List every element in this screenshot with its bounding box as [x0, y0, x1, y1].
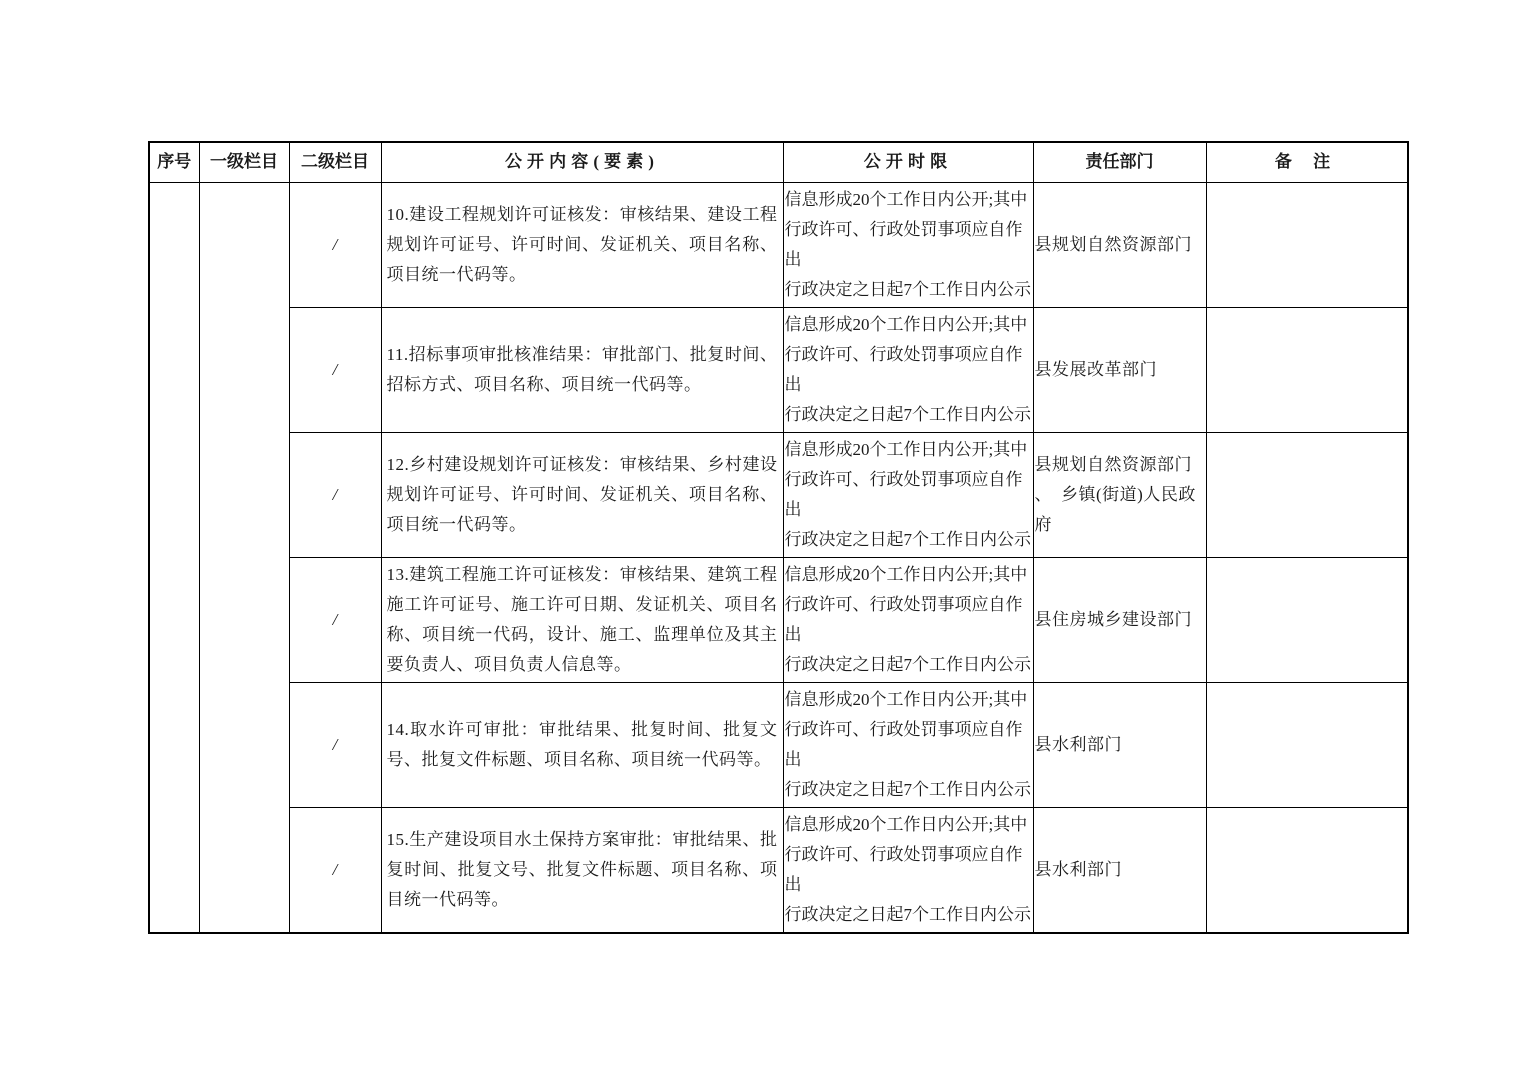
- header-deadline: 公开时限: [783, 142, 1033, 182]
- deadline-cell: 信息形成20个工作日内公开;其中 行政许可、行政处罚事项应自作出 行政决定之日起…: [783, 557, 1033, 682]
- department-cell: 县规划自然资源部门 、 乡镇(街道)人民政府: [1033, 432, 1206, 557]
- department-cell: 县住房城乡建设部门: [1033, 557, 1206, 682]
- remarks-cell: [1206, 557, 1408, 682]
- table-row: / 11.招标事项审批核准结果：审批部门、批复时间、招标方式、项目名称、项目统一…: [149, 307, 1408, 432]
- level2-cell: /: [289, 807, 381, 933]
- remarks-cell: [1206, 682, 1408, 807]
- level1-merged-cell: [199, 182, 289, 933]
- header-department: 责任部门: [1033, 142, 1206, 182]
- level2-cell: /: [289, 432, 381, 557]
- table-row: / 10.建设工程规划许可证核发：审核结果、建设工程规划许可证号、许可时间、发证…: [149, 182, 1408, 307]
- department-cell: 县发展改革部门: [1033, 307, 1206, 432]
- content-cell: 11.招标事项审批核准结果：审批部门、批复时间、招标方式、项目名称、项目统一代码…: [381, 307, 783, 432]
- deadline-cell: 信息形成20个工作日内公开;其中 行政许可、行政处罚事项应自作出 行政决定之日起…: [783, 682, 1033, 807]
- remarks-cell: [1206, 432, 1408, 557]
- header-level1: 一级栏目: [199, 142, 289, 182]
- level2-cell: /: [289, 557, 381, 682]
- table-row: / 12.乡村建设规划许可证核发：审核结果、乡村建设规划许可证号、许可时间、发证…: [149, 432, 1408, 557]
- department-cell: 县水利部门: [1033, 807, 1206, 933]
- header-remarks: 备 注: [1206, 142, 1408, 182]
- header-row: 序号 一级栏目 二级栏目 公开内容(要素) 公开时限 责任部门 备 注: [149, 142, 1408, 182]
- header-level2: 二级栏目: [289, 142, 381, 182]
- document-page: 序号 一级栏目 二级栏目 公开内容(要素) 公开时限 责任部门 备 注 / 10…: [0, 0, 1520, 1074]
- level2-cell: /: [289, 307, 381, 432]
- level2-cell: /: [289, 682, 381, 807]
- content-cell: 15.生产建设项目水土保持方案审批：审批结果、批复时间、批复文号、批复文件标题、…: [381, 807, 783, 933]
- content-cell: 14.取水许可审批：审批结果、批复时间、批复文号、批复文件标题、项目名称、项目统…: [381, 682, 783, 807]
- header-serial: 序号: [149, 142, 199, 182]
- content-cell: 12.乡村建设规划许可证核发：审核结果、乡村建设规划许可证号、许可时间、发证机关…: [381, 432, 783, 557]
- table-row: / 14.取水许可审批：审批结果、批复时间、批复文号、批复文件标题、项目名称、项…: [149, 682, 1408, 807]
- deadline-cell: 信息形成20个工作日内公开;其中 行政许可、行政处罚事项应自作出 行政决定之日起…: [783, 182, 1033, 307]
- level2-cell: /: [289, 182, 381, 307]
- remarks-cell: [1206, 182, 1408, 307]
- remarks-cell: [1206, 307, 1408, 432]
- header-content: 公开内容(要素): [381, 142, 783, 182]
- table-row: / 15.生产建设项目水土保持方案审批：审批结果、批复时间、批复文号、批复文件标…: [149, 807, 1408, 933]
- info-disclosure-table: 序号 一级栏目 二级栏目 公开内容(要素) 公开时限 责任部门 备 注 / 10…: [148, 141, 1409, 934]
- deadline-cell: 信息形成20个工作日内公开;其中 行政许可、行政处罚事项应自作出 行政决定之日起…: [783, 307, 1033, 432]
- table-row: / 13.建筑工程施工许可证核发：审核结果、建筑工程施工许可证号、施工许可日期、…: [149, 557, 1408, 682]
- deadline-cell: 信息形成20个工作日内公开;其中 行政许可、行政处罚事项应自作出 行政决定之日起…: [783, 432, 1033, 557]
- content-cell: 10.建设工程规划许可证核发：审核结果、建设工程规划许可证号、许可时间、发证机关…: [381, 182, 783, 307]
- remarks-cell: [1206, 807, 1408, 933]
- serial-merged-cell: [149, 182, 199, 933]
- department-cell: 县规划自然资源部门: [1033, 182, 1206, 307]
- department-cell: 县水利部门: [1033, 682, 1206, 807]
- deadline-cell: 信息形成20个工作日内公开;其中 行政许可、行政处罚事项应自作出 行政决定之日起…: [783, 807, 1033, 933]
- content-cell: 13.建筑工程施工许可证核发：审核结果、建筑工程施工许可证号、施工许可日期、发证…: [381, 557, 783, 682]
